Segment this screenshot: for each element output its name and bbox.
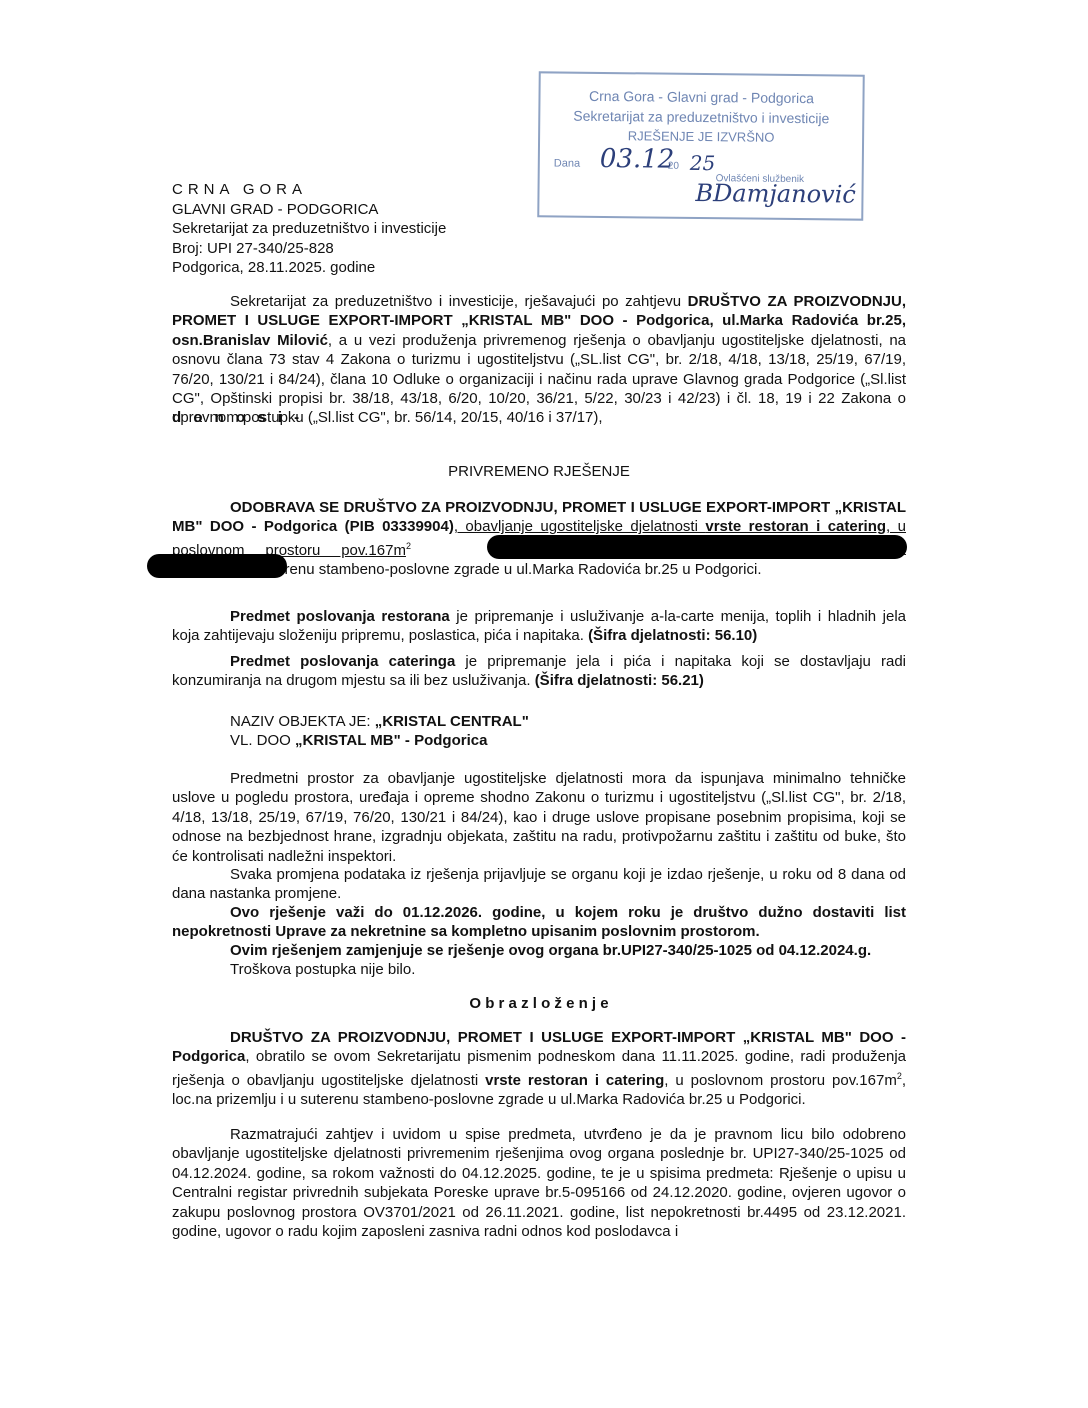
document-header: CRNA GORA GLAVNI GRAD - PODGORICA Sekret… [172,180,446,278]
superscript: 2 [406,541,411,551]
object-owner-label: VL. DOO [230,732,295,749]
signature: BDamjanović [695,179,856,209]
change-notice-paragraph: Svaka promjena podataka iz rješenja prij… [172,865,906,904]
catering-paragraph: Predmet poslovanja cateringa je priprema… [172,652,906,691]
header-city: GLAVNI GRAD - PODGORICA [172,200,446,220]
execution-stamp: Crna Gora - Glavni grad - Podgorica Sekr… [537,71,865,220]
catering-label: Predmet poslovanja cateringa [230,653,455,670]
decision-title: PRIVREMENO RJEŠENJE [172,463,906,480]
stamp-year-prefix: 20 [668,161,679,172]
donosi-label: d o n o s i - [172,408,906,427]
object-name: „KRISTAL CENTRAL" [375,713,529,730]
stamp-line-2: Sekretarijat za preduzetništvo i investi… [540,107,862,126]
object-info: NAZIV OBJEKTA JE: „KRISTAL CENTRAL" VL. … [230,712,910,751]
reasoning-activity: vrste restoran i catering [485,1072,664,1089]
reasoning-area: , u poslovnom prostoru pov.167m [664,1072,897,1089]
reasoning-paragraph-2: Razmatrajući zahtjev i uvidom u spise pr… [172,1125,906,1241]
restoran-code: (Šifra djelatnosti: 56.10) [588,627,757,644]
costs-paragraph: Troškova postupka nije bilo. [172,960,906,979]
redaction-bar [487,535,907,559]
stamp-handwritten-date: 03.12 [600,144,675,175]
restoran-paragraph: Predmet poslovanja restorana je priprema… [172,607,906,646]
object-owner: „KRISTAL MB" - Podgorica [295,732,487,749]
decision-text-b: , obavljanje ugostiteljske djelatnosti [454,518,706,535]
document-page: Crna Gora - Glavni grad - Podgorica Sekr… [0,0,1088,1408]
stamp-line-1: Crna Gora - Glavni grad - Podgorica [540,87,862,106]
intro-text-a: Sekretarijat za preduzetništvo i investi… [230,293,688,310]
reasoning-paragraph-1: DRUŠTVO ZA PROIZVODNJU, PROMET I USLUGE … [172,1028,906,1110]
object-name-label: NAZIV OBJEKTA JE: [230,713,375,730]
reasoning-title: O b r a z l o ž e n j e [172,995,906,1012]
validity-paragraph: Ovo rješenje važi do 01.12.2026. godine,… [172,903,906,942]
restoran-label: Predmet poslovanja restorana [230,608,450,625]
stamp-handwritten-year: 25 [690,151,716,175]
stamp-line-3: RJEŠENJE JE IZVRŠNO [540,127,862,145]
header-country: CRNA GORA [172,180,446,200]
replacement-paragraph: Ovim rješenjem zamjenjuje se rješenje ov… [172,941,906,960]
header-department: Sekretarijat za preduzetništvo i investi… [172,219,446,239]
stamp-dana-label: Dana [554,157,580,169]
redaction-bar [147,554,287,578]
conditions-paragraph: Predmetni prostor za obavljanje ugostite… [172,769,906,866]
catering-code: (Šifra djelatnosti: 56.21) [535,672,704,689]
activity-type: vrste restoran i catering [705,518,886,535]
header-place-date: Podgorica, 28.11.2025. godine [172,258,446,278]
header-number: Broj: UPI 27-340/25-828 [172,239,446,259]
